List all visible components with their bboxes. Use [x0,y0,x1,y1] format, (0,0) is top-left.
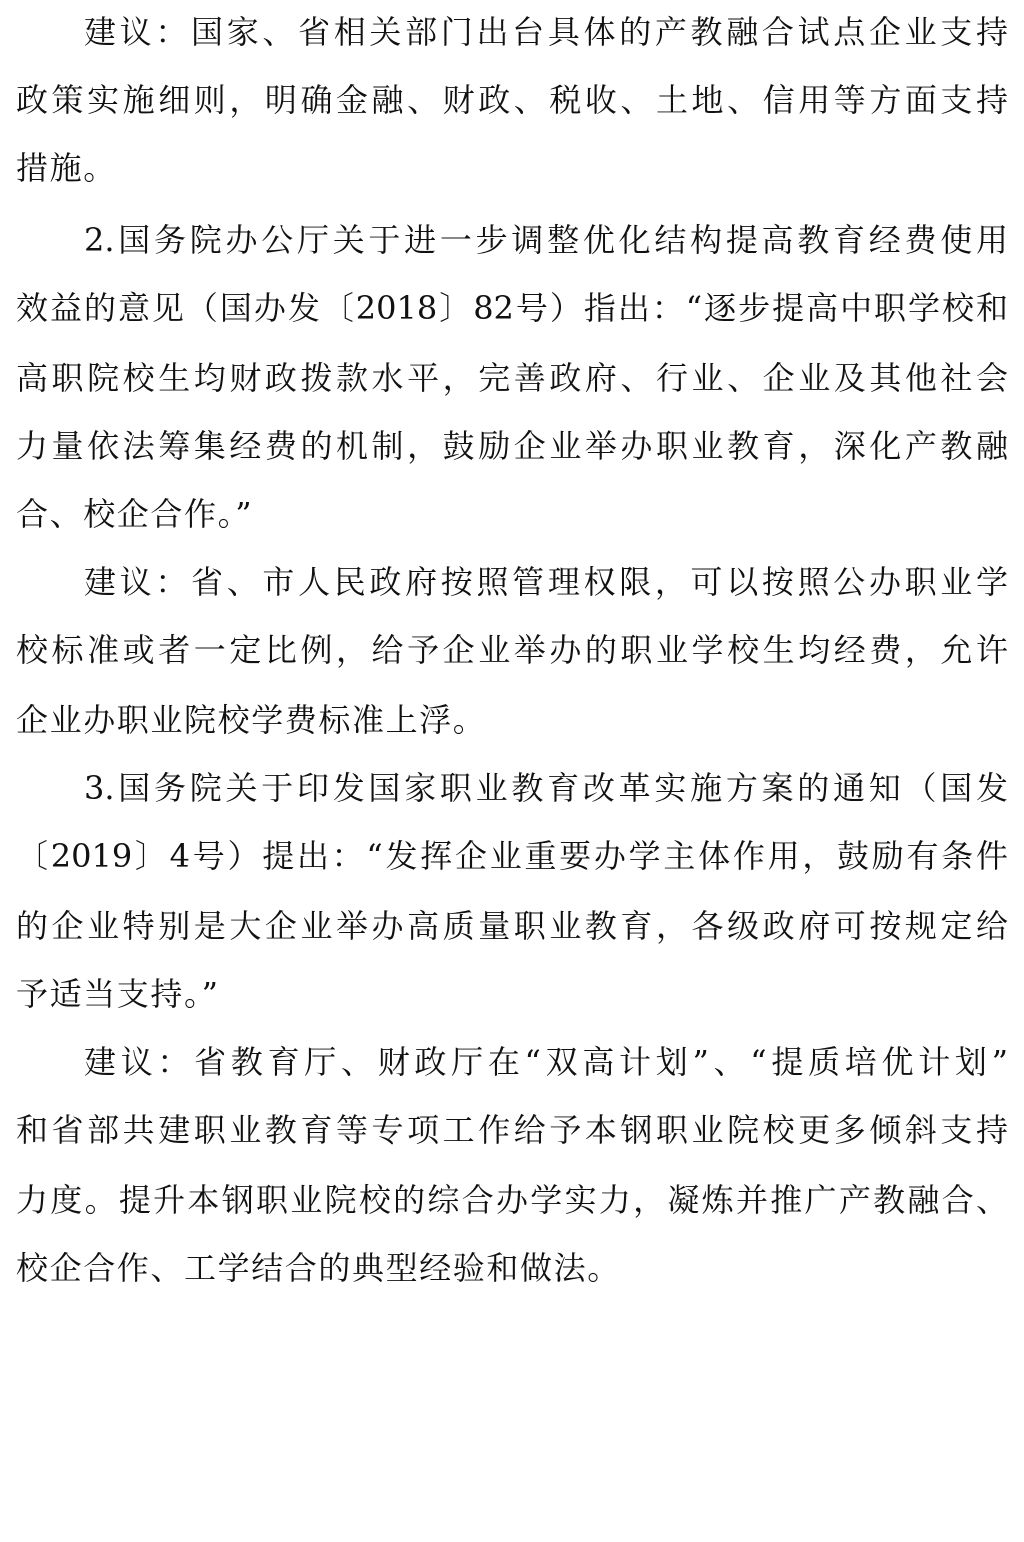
text-line: 3.国务院关于印发国家职业教育改革实施方案的通知（国发 [84,768,1008,808]
text-line: 合、校企合作。” [16,494,1008,534]
text-line: 的企业特别是大企业举办高质量职业教育，各级政府可按规定给 [16,906,1008,946]
text-line: 效益的意见（国办发〔2018〕82号）指出：“逐步提高中职学校和 [16,288,1008,328]
text-line: 建议：省、市人民政府按照管理权限，可以按照公办职业学 [84,562,1008,602]
text-line: 政策实施细则，明确金融、财政、税收、土地、信用等方面支持 [16,80,1008,120]
text-line: 予适当支持。” [16,974,1008,1014]
text-line: 建议：省教育厅、财政厅在“双高计划”、“提质培优计划” [84,1042,1008,1082]
text-line: 力量依法筹集经费的机制，鼓励企业举办职业教育，深化产教融 [16,426,1008,466]
text-line: 2.国务院办公厅关于进一步调整优化结构提高教育经费使用 [84,220,1008,260]
text-line: 力度。提升本钢职业院校的综合办学实力，凝炼并推广产教融合、 [16,1180,1008,1220]
text-line: 校标准或者一定比例，给予企业举办的职业学校生均经费，允许 [16,630,1008,670]
text-line: 和省部共建职业教育等专项工作给予本钢职业院校更多倾斜支持 [16,1110,1008,1150]
text-line: 〔2019〕4号）提出：“发挥企业重要办学主体作用，鼓励有条件 [16,836,1008,876]
text-line: 建议：国家、省相关部门出台具体的产教融合试点企业支持 [84,12,1008,52]
text-line: 企业办职业院校学费标准上浮。 [16,700,1008,740]
text-line: 措施。 [16,148,1008,188]
text-line: 高职院校生均财政拨款水平，完善政府、行业、企业及其他社会 [16,358,1008,398]
text-line: 校企合作、工学结合的典型经验和做法。 [16,1248,1008,1288]
document-page: 建议：国家、省相关部门出台具体的产教融合试点企业支持 政策实施细则，明确金融、财… [0,0,1024,1542]
